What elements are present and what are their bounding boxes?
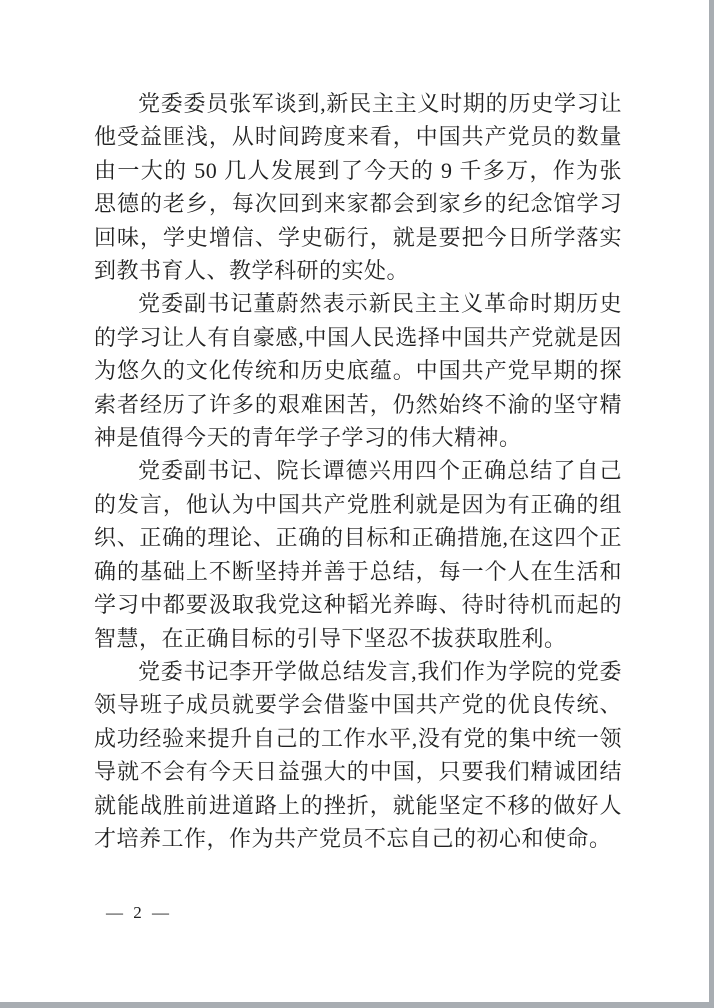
document-body: 党委委员张军谈到,新民主主义时期的历史学习让他受益匪浅，从时间跨度来看，中国共产…	[94, 87, 622, 855]
paragraph-2: 党委副书记董蔚然表示新民主主义革命时期历史的学习让人有自豪感,中国人民选择中国共…	[94, 287, 622, 454]
page-number: — 2 —	[106, 902, 172, 924]
document-page: 党委委员张军谈到,新民主主义时期的历史学习让他受益匪浅，从时间跨度来看，中国共产…	[0, 0, 714, 1008]
page-edge-bottom	[0, 1002, 714, 1008]
page-edge-right	[709, 0, 714, 1008]
paragraph-3: 党委副书记、院长谭德兴用四个正确总结了自己的发言，他认为中国共产党胜利就是因为有…	[94, 454, 622, 654]
paragraph-1: 党委委员张军谈到,新民主主义时期的历史学习让他受益匪浅，从时间跨度来看，中国共产…	[94, 87, 622, 287]
paragraph-4: 党委书记李开学做总结发言,我们作为学院的党委领导班子成员就要学会借鉴中国共产党的…	[94, 655, 622, 855]
